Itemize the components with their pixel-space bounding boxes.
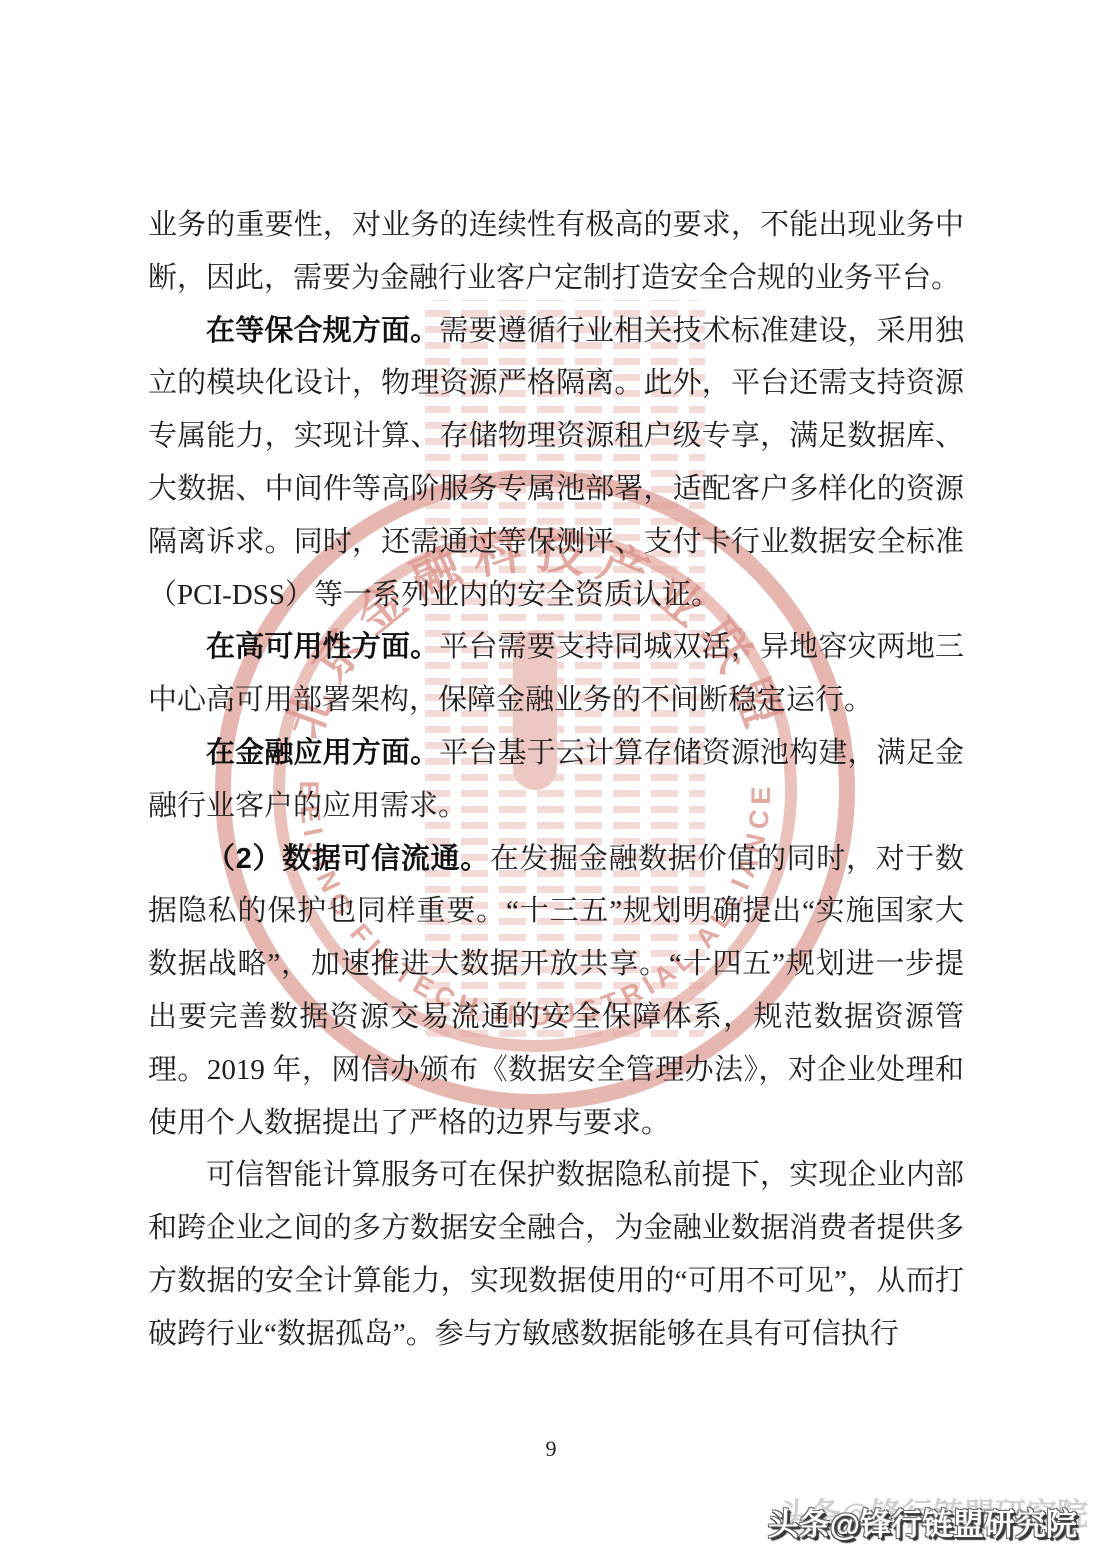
paragraph-body: 需要遵循行业相关技术标准建设，采用独立的模块化设计，物理资源严格隔离。此外，平台… (148, 315, 964, 611)
page-number: 9 (0, 1436, 1102, 1462)
paragraph-lead: 在高可用性方面。 (206, 631, 439, 663)
channel-stamp-text: 头条@锋行链盟研究院 (768, 1507, 1077, 1542)
document-page: 北京金融科技产业联盟 BEIJING FINTECH INDUSTRIAL AL… (0, 0, 1102, 1559)
paragraph-lead: 在金融应用方面。 (206, 737, 439, 769)
paragraph: 可信智能计算服务可在保护数据隐私前提下，实现企业内部和跨企业之间的多方数据安全融… (148, 1149, 964, 1360)
paragraph: 在高可用性方面。平台需要支持同城双活，异地容灾两地三中心高可用部署架构，保障金融… (148, 621, 964, 727)
channel-stamp-watermark: 头条@锋行链盟研究院 头条@锋行链盟研究院 (768, 1499, 1077, 1544)
paragraph-lead: （2）数据可信流通。 (206, 843, 490, 875)
paragraph: 在等保合规方面。需要遵循行业相关技术标准建设，采用独立的模块化设计，物理资源严格… (148, 305, 964, 622)
paragraph: （2）数据可信流通。在发掘金融数据价值的同时，对于数据隐私的保护也同样重要。“十… (148, 833, 964, 1150)
paragraph-lead: 在等保合规方面。 (206, 315, 439, 347)
paragraph-body: 在发掘金融数据价值的同时，对于数据隐私的保护也同样重要。“十三五”规划明确提出“… (148, 843, 964, 1139)
paragraph: 业务的重要性，对业务的连续性有极高的要求，不能出现业务中断，因此，需要为金融行业… (148, 199, 964, 305)
document-body: 业务的重要性，对业务的连续性有极高的要求，不能出现业务中断，因此，需要为金融行业… (148, 199, 964, 1361)
paragraph-body: 可信智能计算服务可在保护数据隐私前提下，实现企业内部和跨企业之间的多方数据安全融… (148, 1159, 964, 1349)
paragraph: 在金融应用方面。平台基于云计算存储资源池构建，满足金融行业客户的应用需求。 (148, 727, 964, 833)
paragraph-body: 业务的重要性，对业务的连续性有极高的要求，不能出现业务中断，因此，需要为金融行业… (148, 209, 964, 294)
